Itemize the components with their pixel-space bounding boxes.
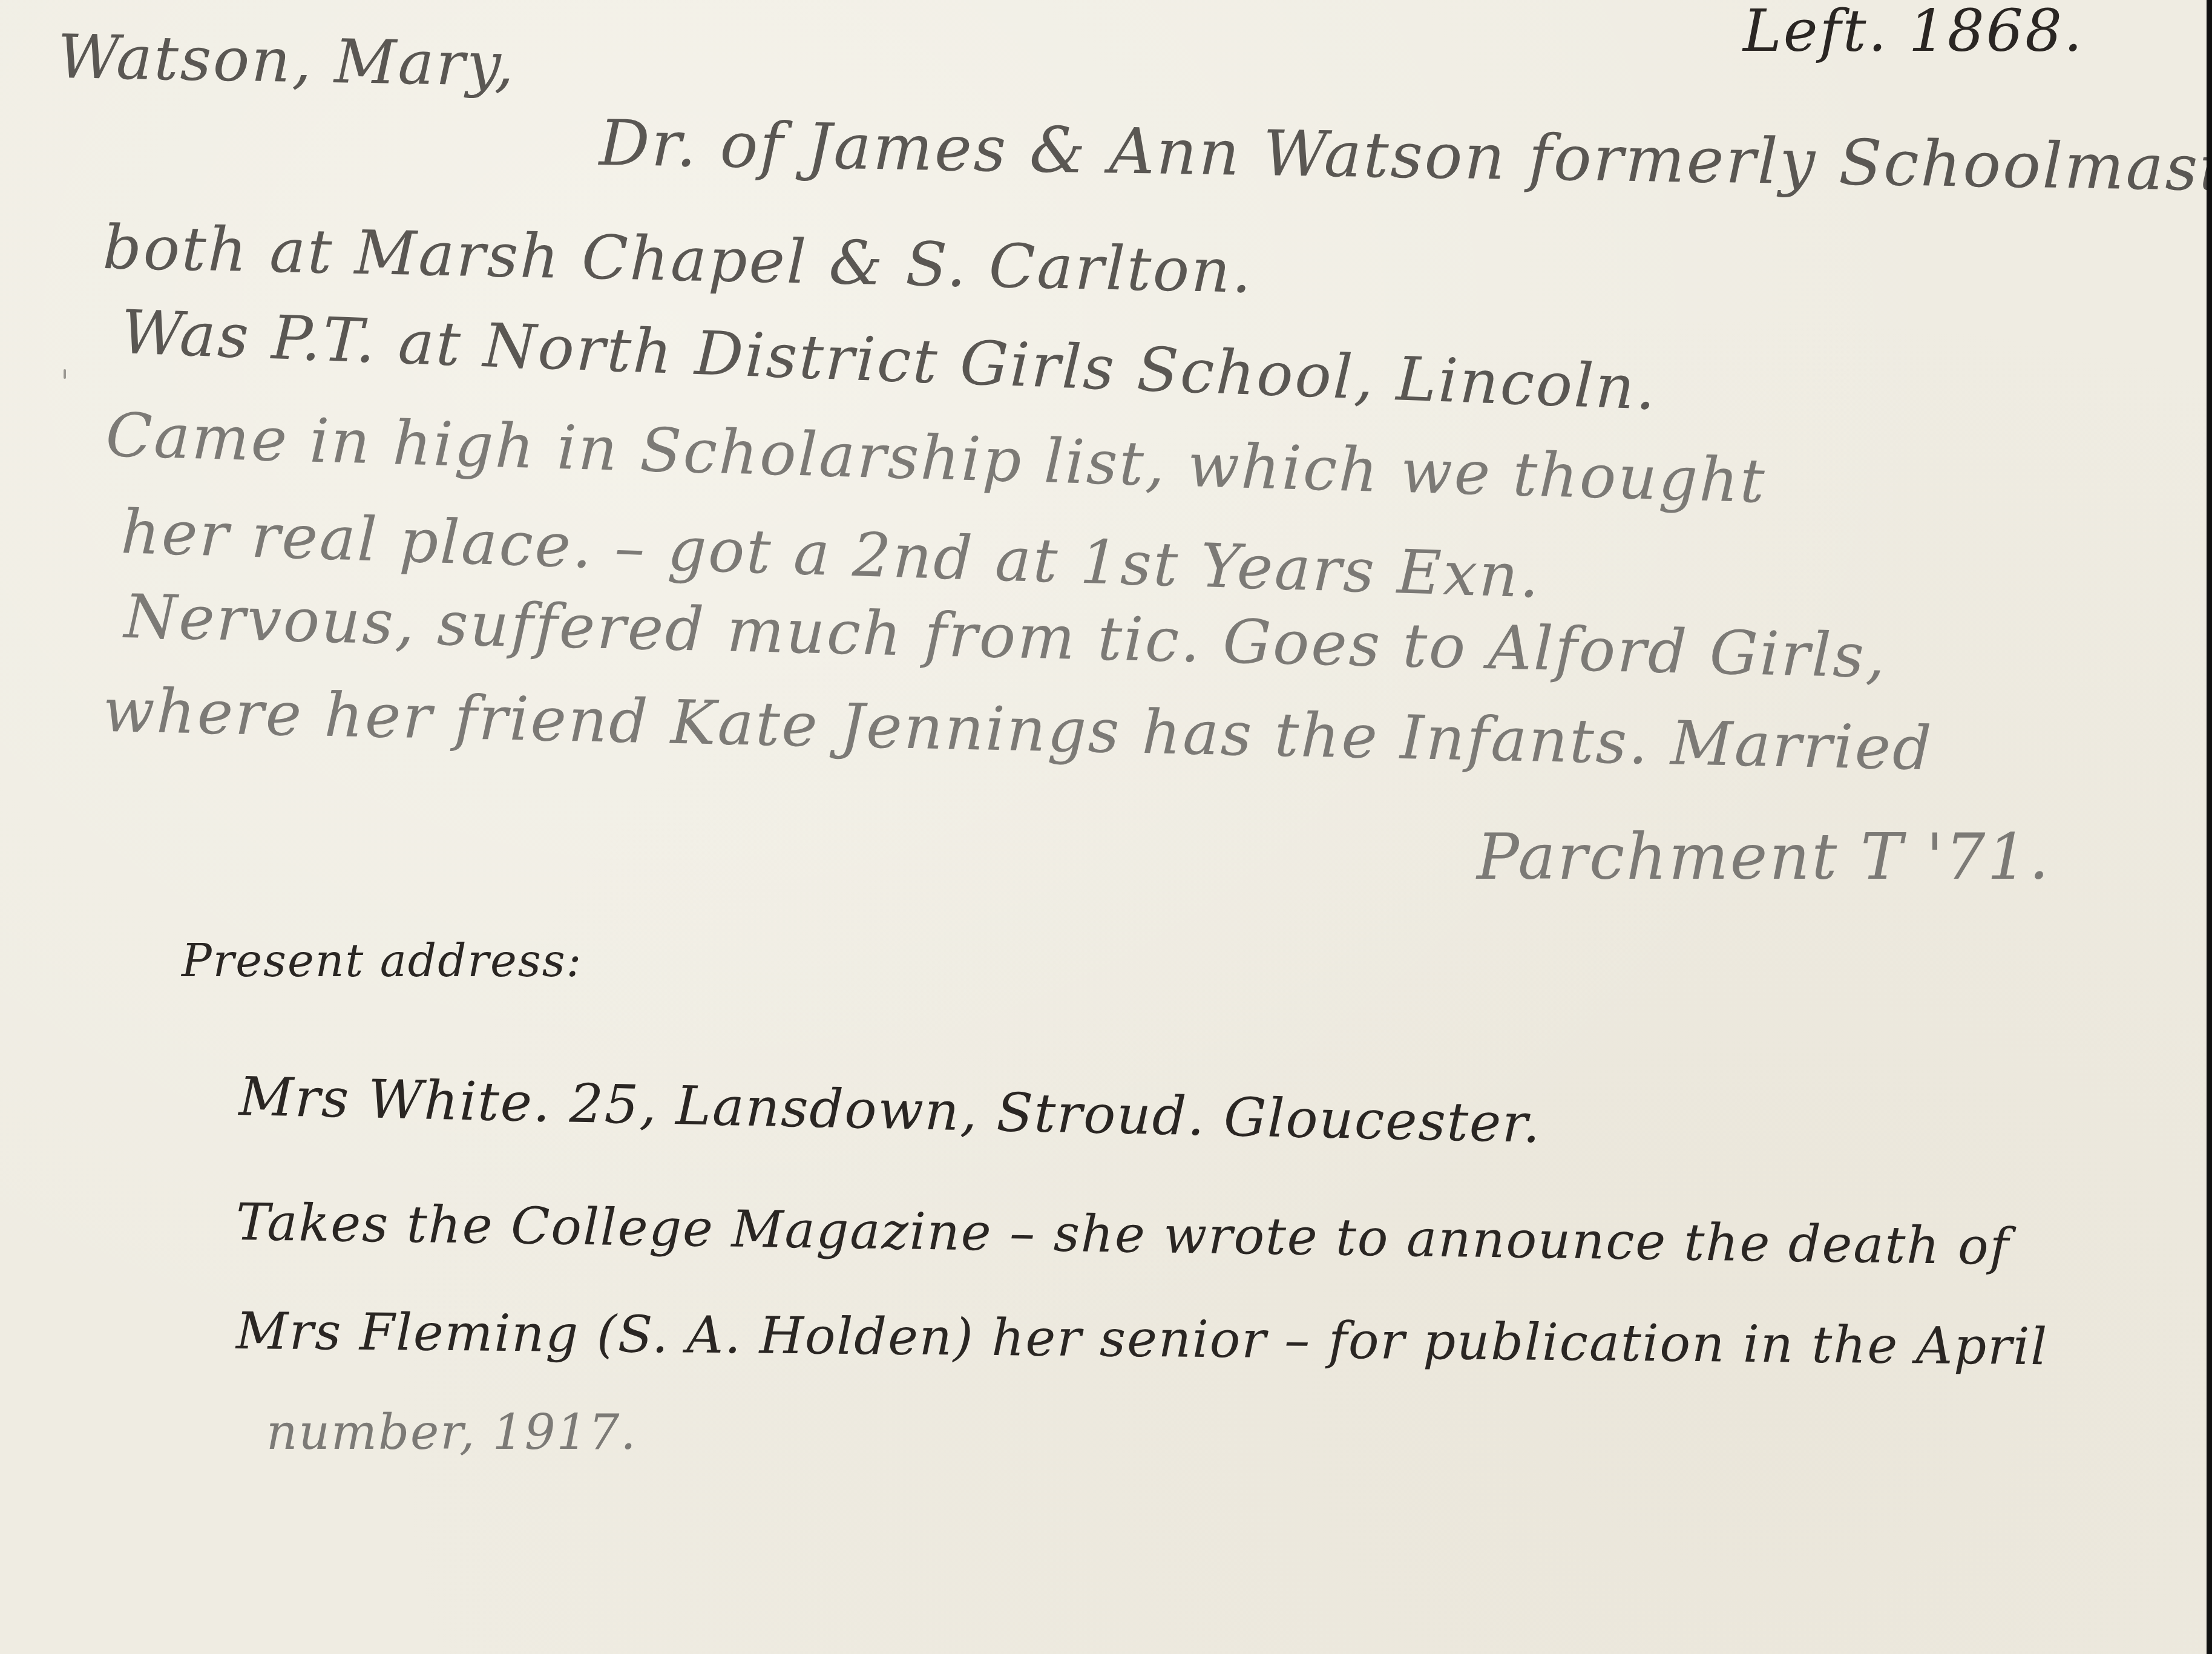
entry-line-3: Was P.T. at North District Girls School,…: [120, 297, 1659, 424]
later-note-line-3: number, 1917.: [266, 1404, 637, 1460]
present-address: Mrs White. 25, Lansdown, Stroud. Glouces…: [238, 1065, 1542, 1155]
present-address-label: Present address:: [182, 935, 583, 987]
entry-line-1: Dr. of James & Ann Watson formerly Schoo…: [599, 106, 2212, 207]
entry-line-7: where her friend Kate Jennings has the I…: [102, 675, 1934, 784]
left-date-note: Left. 1868.: [1743, 0, 2084, 65]
entry-line-2: both at Marsh Chapel & S. Carlton.: [102, 212, 1254, 307]
later-note-line-1: Takes the College Magazine – she wrote t…: [235, 1192, 2010, 1276]
page-edge-border: [2207, 0, 2212, 1654]
entry-line-6: Nervous, suffered much from tic. Goes to…: [123, 581, 1888, 692]
parchment-note: Parchment T '71.: [1477, 820, 2051, 894]
register-page: Watson, Mary, Left. 1868. Dr. of James &…: [0, 0, 2207, 1654]
entry-name: Watson, Mary,: [57, 21, 516, 100]
margin-mark: [64, 369, 66, 379]
later-note-line-2: Mrs Fleming (S. A. Holden) her senior – …: [236, 1301, 2049, 1376]
